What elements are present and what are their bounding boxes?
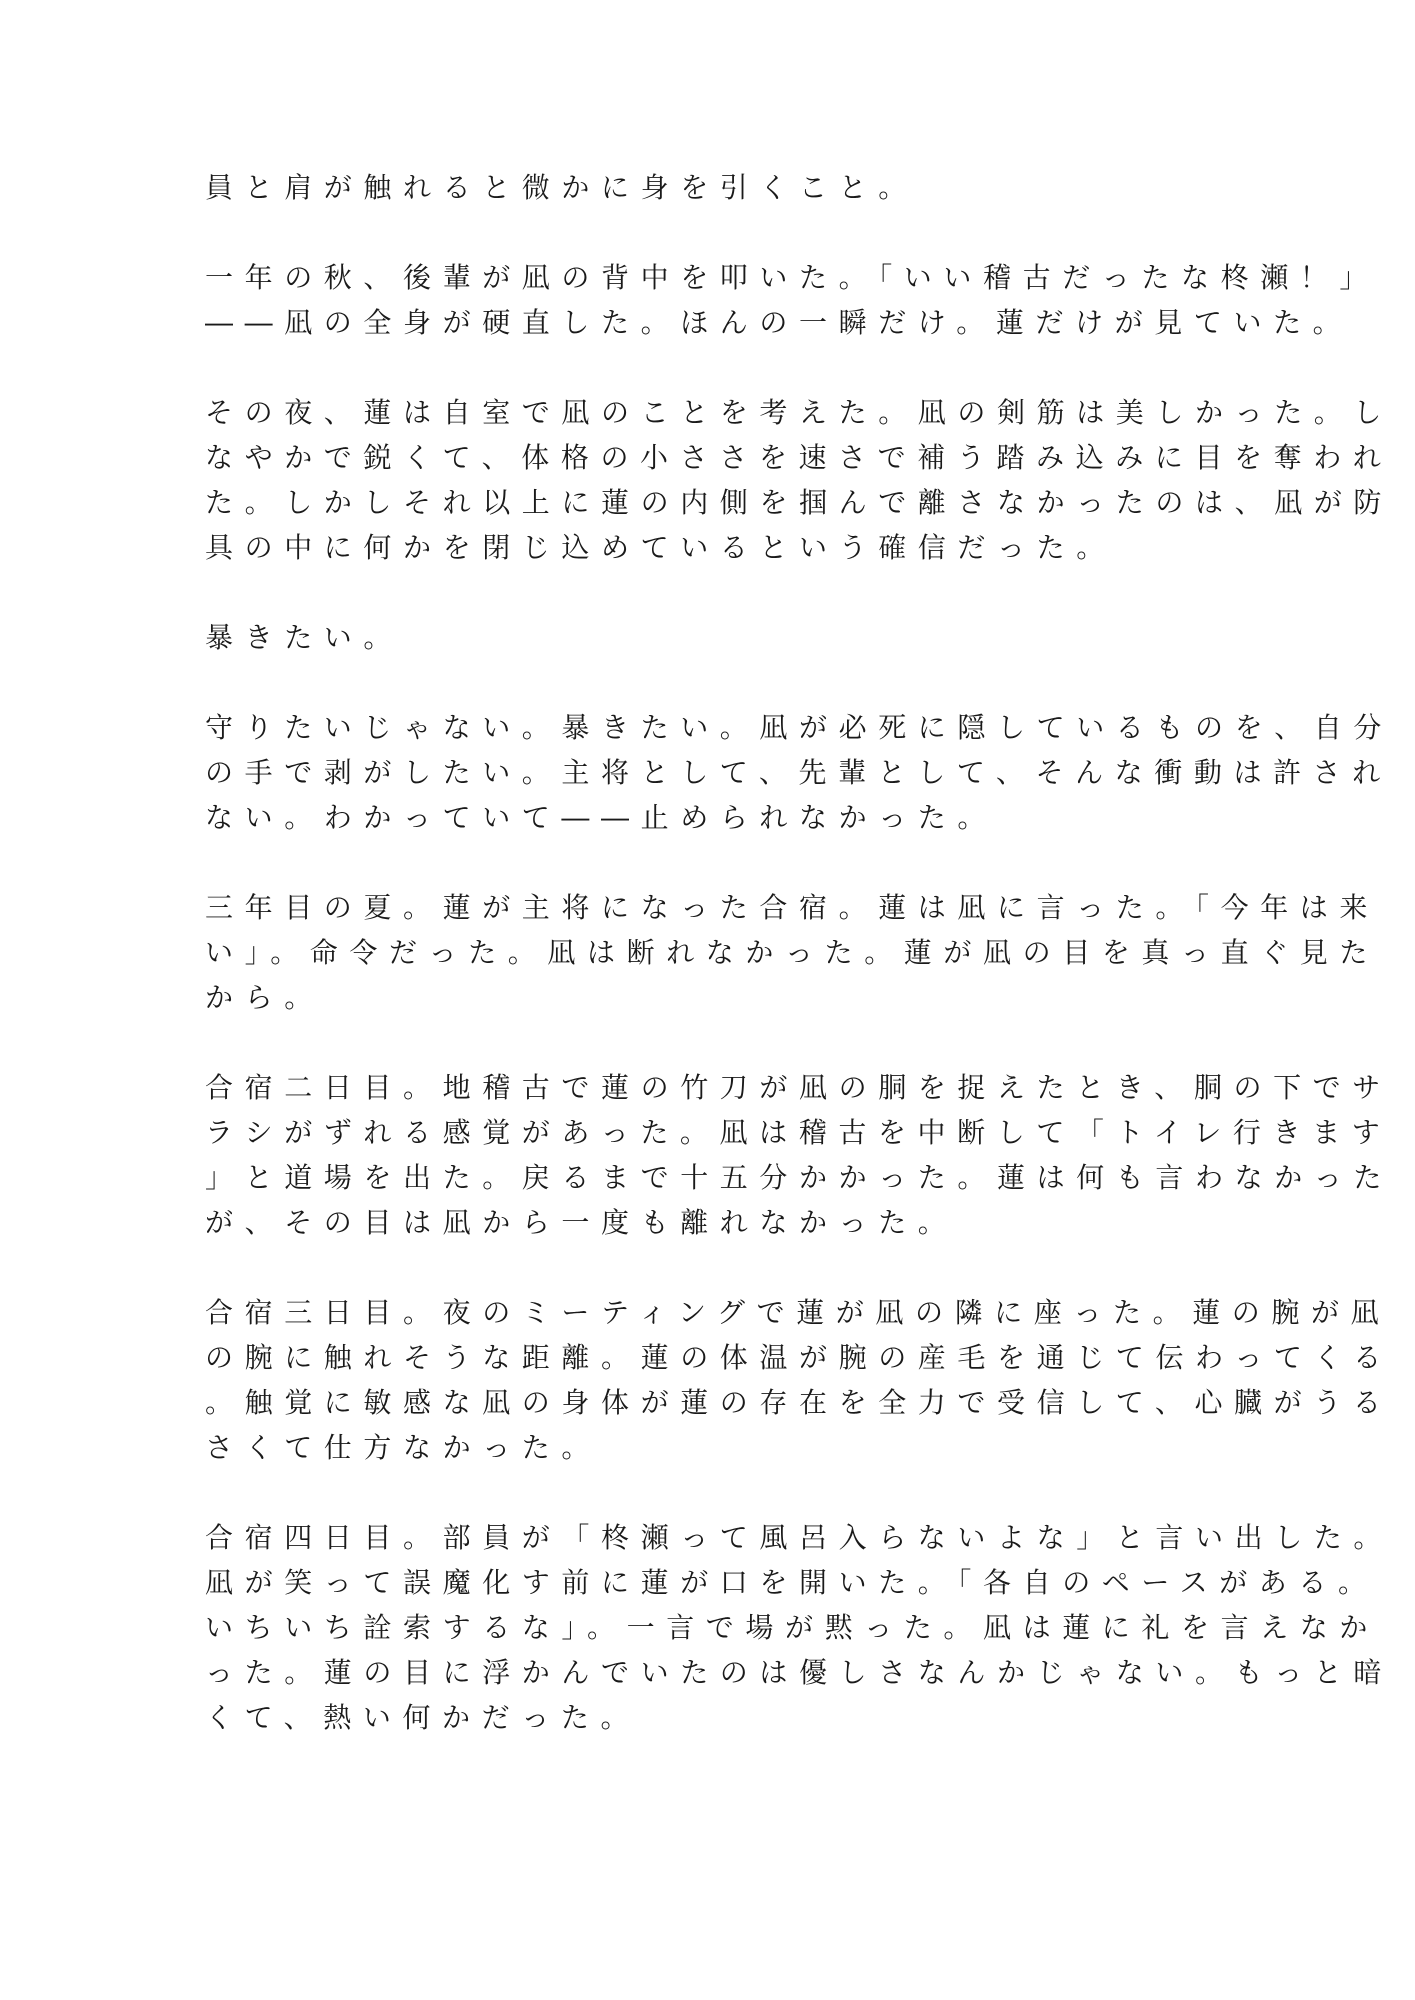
paragraph-3: その夜、蓮は自室で凪のことを考えた。凪の剣筋は美しかった。し なやかで鋭くて、体… (205, 390, 1185, 570)
text-line: ない。わかっていて――止められなかった。 (205, 795, 1185, 840)
text-line: が、その目は凪から一度も離れなかった。 (205, 1200, 1185, 1245)
paragraph-5: 守りたいじゃない。暴きたい。凪が必死に隠しているものを、自分 の手で剥がしたい。… (205, 705, 1185, 840)
text-line: 合宿三日目。夜のミーティングで蓮が凪の隣に座った。蓮の腕が凪 (205, 1290, 1185, 1335)
text-line: た。しかしそれ以上に蓮の内側を掴んで離さなかったのは、凪が防 (205, 480, 1185, 525)
text-line: った。蓮の目に浮かんでいたのは優しさなんかじゃない。もっと暗 (205, 1650, 1185, 1695)
text-line: 三年目の夏。蓮が主将になった合宿。蓮は凪に言った。「今年は来 (205, 885, 1185, 930)
text-line: 合宿二日目。地稽古で蓮の竹刀が凪の胴を捉えたとき、胴の下でサ (205, 1065, 1185, 1110)
text-line: いちいち詮索するな」。一言で場が黙った。凪は蓮に礼を言えなか (205, 1605, 1185, 1650)
text-line: の手で剥がしたい。主将として、先輩として、そんな衝動は許され (205, 750, 1185, 795)
text-line: から。 (205, 975, 1185, 1020)
text-line: 具の中に何かを閉じ込めているという確信だった。 (205, 525, 1185, 570)
document-page: 員と肩が触れると微かに身を引くこと。 一年の秋、後輩が凪の背中を叩いた。「いい稽… (205, 165, 1185, 1785)
paragraph-7: 合宿二日目。地稽古で蓮の竹刀が凪の胴を捉えたとき、胴の下でサ ラシがずれる感覚が… (205, 1065, 1185, 1245)
paragraph-2: 一年の秋、後輩が凪の背中を叩いた。「いい稽古だったな柊瀬！」 ――凪の全身が硬直… (205, 255, 1185, 345)
text-line: 」と道場を出た。戻るまで十五分かかった。蓮は何も言わなかった (205, 1155, 1185, 1200)
text-line: ラシがずれる感覚があった。凪は稽古を中断して「トイレ行きます (205, 1110, 1185, 1155)
text-line: い」。命令だった。凪は断れなかった。蓮が凪の目を真っ直ぐ見た (205, 930, 1185, 975)
paragraph-8: 合宿三日目。夜のミーティングで蓮が凪の隣に座った。蓮の腕が凪 の腕に触れそうな距… (205, 1290, 1185, 1470)
text-line: なやかで鋭くて、体格の小ささを速さで補う踏み込みに目を奪われ (205, 435, 1185, 480)
paragraph-6: 三年目の夏。蓮が主将になった合宿。蓮は凪に言った。「今年は来 い」。命令だった。… (205, 885, 1185, 1020)
text-line: 合宿四日目。部員が「柊瀬って風呂入らないよな」と言い出した。 (205, 1515, 1185, 1560)
text-line: 暴きたい。 (205, 615, 1185, 660)
paragraph-4: 暴きたい。 (205, 615, 1185, 660)
paragraph-9: 合宿四日目。部員が「柊瀬って風呂入らないよな」と言い出した。 凪が笑って誤魔化す… (205, 1515, 1185, 1740)
text-line: 守りたいじゃない。暴きたい。凪が必死に隠しているものを、自分 (205, 705, 1185, 750)
text-line: 。触覚に敏感な凪の身体が蓮の存在を全力で受信して、心臓がうる (205, 1380, 1185, 1425)
text-line: その夜、蓮は自室で凪のことを考えた。凪の剣筋は美しかった。し (205, 390, 1185, 435)
text-line: 一年の秋、後輩が凪の背中を叩いた。「いい稽古だったな柊瀬！」 (205, 255, 1185, 300)
text-line: 員と肩が触れると微かに身を引くこと。 (205, 165, 1185, 210)
text-line: 凪が笑って誤魔化す前に蓮が口を開いた。「各自のペースがある。 (205, 1560, 1185, 1605)
text-line: さくて仕方なかった。 (205, 1425, 1185, 1470)
text-line: ――凪の全身が硬直した。ほんの一瞬だけ。蓮だけが見ていた。 (205, 300, 1185, 345)
text-line: くて、熱い何かだった。 (205, 1695, 1185, 1740)
paragraph-1: 員と肩が触れると微かに身を引くこと。 (205, 165, 1185, 210)
text-line: の腕に触れそうな距離。蓮の体温が腕の産毛を通じて伝わってくる (205, 1335, 1185, 1380)
